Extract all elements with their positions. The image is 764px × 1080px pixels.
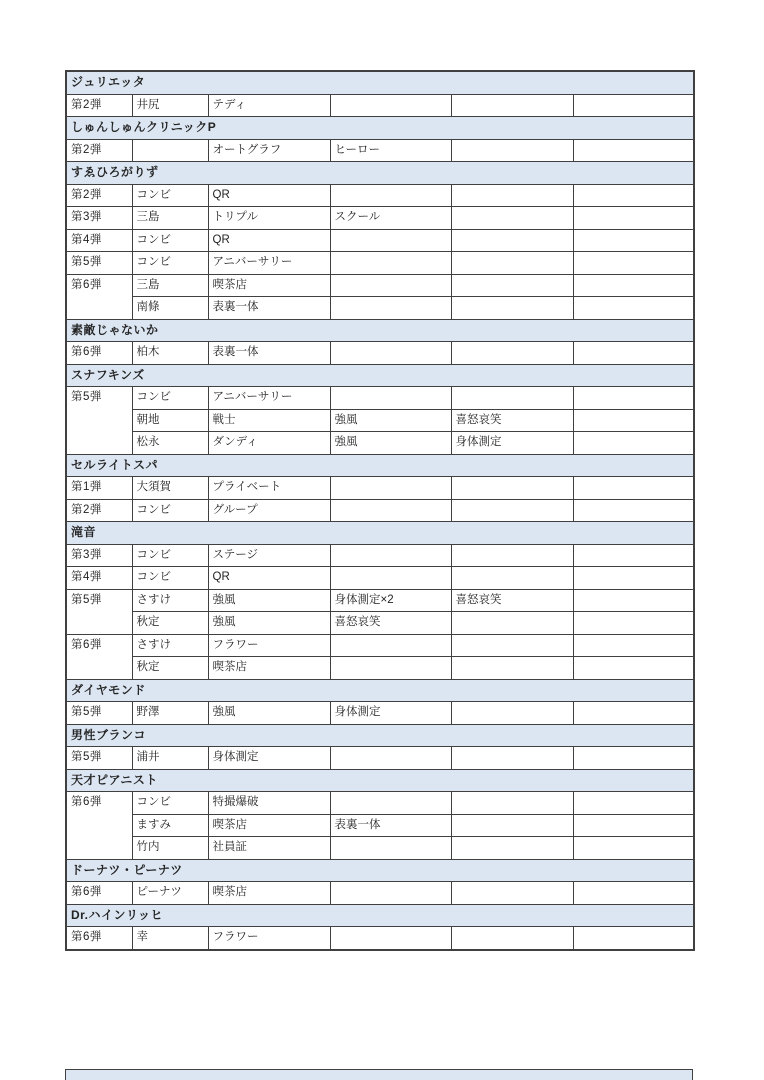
table-row: 第6弾幸フラワー xyxy=(66,927,694,950)
dan-cell: 第6弾 xyxy=(66,792,132,860)
table-row: 第6弾三島喫茶店 xyxy=(66,274,694,297)
section-header-row: ドーナツ・ピーナツ xyxy=(66,859,694,882)
member-cell: 野澤 xyxy=(132,702,208,725)
item-cell xyxy=(330,274,451,297)
dan-cell: 第2弾 xyxy=(66,139,132,162)
item-cell xyxy=(573,882,694,905)
member-cell: 竹内 xyxy=(132,837,208,860)
section-header-row: スナフキンズ xyxy=(66,364,694,387)
item-cell xyxy=(573,252,694,275)
table-row: 南條表裏一体 xyxy=(66,297,694,320)
member-cell: コンビ xyxy=(132,567,208,590)
member-cell: ピーナツ xyxy=(132,882,208,905)
item-cell: 強風 xyxy=(330,409,451,432)
table-row: 松永ダンディ強風身体測定 xyxy=(66,432,694,455)
member-cell: 三島 xyxy=(132,207,208,230)
member-cell: 南條 xyxy=(132,297,208,320)
table-row: ますみ喫茶店表裏一体 xyxy=(66,814,694,837)
dan-cell: 第6弾 xyxy=(66,274,132,319)
item-cell: 喜怒哀笑 xyxy=(330,612,451,635)
cutoff-section-header-bar xyxy=(65,1069,693,1080)
item-cell: 表裏一体 xyxy=(208,297,330,320)
table-row: 秋定強風喜怒哀笑 xyxy=(66,612,694,635)
member-cell xyxy=(132,139,208,162)
item-cell: QR xyxy=(208,184,330,207)
table-row: 第5弾野澤強風身体測定 xyxy=(66,702,694,725)
item-cell: 喫茶店 xyxy=(208,882,330,905)
item-cell: 強風 xyxy=(208,702,330,725)
section-header-row: 男性ブランコ xyxy=(66,724,694,747)
item-cell: 強風 xyxy=(208,612,330,635)
dan-cell: 第2弾 xyxy=(66,94,132,117)
item-cell: QR xyxy=(208,567,330,590)
dan-cell: 第5弾 xyxy=(66,387,132,455)
member-cell: コンビ xyxy=(132,229,208,252)
section-title: 男性ブランコ xyxy=(66,724,694,747)
item-cell xyxy=(573,589,694,612)
section-header-row: ダイヤモンド xyxy=(66,679,694,702)
item-cell: ダンディ xyxy=(208,432,330,455)
item-cell: オートグラフ xyxy=(208,139,330,162)
item-cell xyxy=(573,634,694,657)
section-title: 天才ピアニスト xyxy=(66,769,694,792)
member-cell: 松永 xyxy=(132,432,208,455)
item-cell: 喜怒哀笑 xyxy=(451,589,573,612)
item-cell: ステージ xyxy=(208,544,330,567)
item-cell xyxy=(573,612,694,635)
table-row: 第6弾さすけフラワー xyxy=(66,634,694,657)
dan-cell: 第6弾 xyxy=(66,927,132,950)
section-title: Dr.ハインリッヒ xyxy=(66,904,694,927)
item-cell xyxy=(573,297,694,320)
item-cell: スクール xyxy=(330,207,451,230)
section-title: ダイヤモンド xyxy=(66,679,694,702)
item-cell xyxy=(330,634,451,657)
item-cell xyxy=(451,814,573,837)
section-title: すゑひろがりず xyxy=(66,162,694,185)
item-cell xyxy=(451,702,573,725)
item-cell xyxy=(451,927,573,950)
item-cell: 戦士 xyxy=(208,409,330,432)
item-cell xyxy=(451,634,573,657)
item-cell xyxy=(330,747,451,770)
item-cell xyxy=(451,544,573,567)
item-cell xyxy=(573,747,694,770)
item-cell xyxy=(573,927,694,950)
table-row: 第5弾浦井身体測定 xyxy=(66,747,694,770)
member-cell: 秋定 xyxy=(132,657,208,680)
item-cell xyxy=(451,657,573,680)
member-cell: さすけ xyxy=(132,589,208,612)
dan-cell: 第3弾 xyxy=(66,207,132,230)
item-cell: 身体測定 xyxy=(208,747,330,770)
item-cell xyxy=(330,927,451,950)
member-cell: 柏木 xyxy=(132,342,208,365)
table-row: 朝地戦士強風喜怒哀笑 xyxy=(66,409,694,432)
item-cell: アニバーサリー xyxy=(208,387,330,410)
item-cell: 身体測定 xyxy=(451,432,573,455)
item-cell xyxy=(330,477,451,500)
member-cell: ますみ xyxy=(132,814,208,837)
item-cell xyxy=(330,94,451,117)
member-cell: 幸 xyxy=(132,927,208,950)
item-cell xyxy=(573,657,694,680)
item-cell: トリプル xyxy=(208,207,330,230)
item-cell xyxy=(573,342,694,365)
item-cell xyxy=(451,139,573,162)
item-cell xyxy=(330,499,451,522)
section-header-row: 素敵じゃないか xyxy=(66,319,694,342)
table-row: 秋定喫茶店 xyxy=(66,657,694,680)
dan-cell: 第4弾 xyxy=(66,229,132,252)
item-cell xyxy=(573,477,694,500)
item-cell: 喫茶店 xyxy=(208,657,330,680)
item-cell xyxy=(451,747,573,770)
item-cell xyxy=(573,792,694,815)
section-header-row: セルライトスパ xyxy=(66,454,694,477)
section-header-row: ジュリエッタ xyxy=(66,71,694,94)
member-cell: 秋定 xyxy=(132,612,208,635)
member-cell: さすけ xyxy=(132,634,208,657)
item-cell xyxy=(451,184,573,207)
item-cell xyxy=(330,229,451,252)
item-cell xyxy=(330,657,451,680)
section-title: 滝音 xyxy=(66,522,694,545)
table-row: 第5弾コンビアニバーサリー xyxy=(66,252,694,275)
item-cell xyxy=(330,792,451,815)
table-row: 第6弾コンビ特撮爆破 xyxy=(66,792,694,815)
member-cell: 井尻 xyxy=(132,94,208,117)
item-cell xyxy=(573,814,694,837)
item-cell xyxy=(573,567,694,590)
item-cell xyxy=(330,567,451,590)
item-cell: グループ xyxy=(208,499,330,522)
page: ジュリエッタ第2弾井尻テディしゅんしゅんクリニックP第2弾オートグラフヒーローす… xyxy=(0,0,764,1080)
member-cell: コンビ xyxy=(132,252,208,275)
item-cell xyxy=(573,544,694,567)
item-cell xyxy=(330,342,451,365)
item-cell xyxy=(573,387,694,410)
item-cell xyxy=(451,837,573,860)
item-cell xyxy=(451,477,573,500)
item-cell: 喫茶店 xyxy=(208,814,330,837)
item-cell xyxy=(451,499,573,522)
section-title: ドーナツ・ピーナツ xyxy=(66,859,694,882)
table-row: 第4弾コンビQR xyxy=(66,567,694,590)
table-row: 第1弾大須賀プライベート xyxy=(66,477,694,500)
item-cell: アニバーサリー xyxy=(208,252,330,275)
item-cell xyxy=(451,387,573,410)
item-cell: 表裏一体 xyxy=(330,814,451,837)
item-cell: プライベート xyxy=(208,477,330,500)
table-row: 第5弾コンビアニバーサリー xyxy=(66,387,694,410)
section-title: セルライトスパ xyxy=(66,454,694,477)
item-cell xyxy=(573,139,694,162)
member-cell: 三島 xyxy=(132,274,208,297)
item-cell: 社員証 xyxy=(208,837,330,860)
item-cell xyxy=(573,837,694,860)
item-cell xyxy=(451,94,573,117)
item-cell: 喫茶店 xyxy=(208,274,330,297)
item-cell xyxy=(573,274,694,297)
item-cell: 身体測定×2 xyxy=(330,589,451,612)
dan-cell: 第5弾 xyxy=(66,747,132,770)
item-cell xyxy=(573,94,694,117)
item-cell xyxy=(451,792,573,815)
item-cell: 特撮爆破 xyxy=(208,792,330,815)
section-title: スナフキンズ xyxy=(66,364,694,387)
item-cell xyxy=(451,252,573,275)
member-cell: コンビ xyxy=(132,544,208,567)
item-cell xyxy=(573,184,694,207)
table-row: 第4弾コンビQR xyxy=(66,229,694,252)
item-cell: 喜怒哀笑 xyxy=(451,409,573,432)
item-cell xyxy=(573,229,694,252)
section-title: しゅんしゅんクリニックP xyxy=(66,117,694,140)
item-cell: 表裏一体 xyxy=(208,342,330,365)
section-header-row: しゅんしゅんクリニックP xyxy=(66,117,694,140)
item-cell xyxy=(573,499,694,522)
table-row: 第2弾オートグラフヒーロー xyxy=(66,139,694,162)
item-cell xyxy=(330,387,451,410)
dan-cell: 第1弾 xyxy=(66,477,132,500)
item-cell: テディ xyxy=(208,94,330,117)
dan-cell: 第3弾 xyxy=(66,544,132,567)
member-cell: コンビ xyxy=(132,499,208,522)
dan-cell: 第6弾 xyxy=(66,634,132,679)
member-cell: 浦井 xyxy=(132,747,208,770)
item-cell: フラワー xyxy=(208,634,330,657)
item-cell xyxy=(573,409,694,432)
dan-cell: 第6弾 xyxy=(66,882,132,905)
dan-cell: 第5弾 xyxy=(66,252,132,275)
table-row: 第2弾井尻テディ xyxy=(66,94,694,117)
table-row: 第3弾三島トリプルスクール xyxy=(66,207,694,230)
item-cell xyxy=(451,612,573,635)
dan-cell: 第5弾 xyxy=(66,589,132,634)
member-cell: 大須賀 xyxy=(132,477,208,500)
item-cell xyxy=(451,342,573,365)
item-cell xyxy=(330,297,451,320)
dan-cell: 第4弾 xyxy=(66,567,132,590)
table-body: ジュリエッタ第2弾井尻テディしゅんしゅんクリニックP第2弾オートグラフヒーローす… xyxy=(66,71,694,950)
dan-cell: 第5弾 xyxy=(66,702,132,725)
member-cell: コンビ xyxy=(132,387,208,410)
table-row: 竹内社員証 xyxy=(66,837,694,860)
table-row: 第2弾コンビグループ xyxy=(66,499,694,522)
item-cell xyxy=(451,297,573,320)
item-cell xyxy=(451,882,573,905)
section-title: 素敵じゃないか xyxy=(66,319,694,342)
table-row: 第6弾柏木表裏一体 xyxy=(66,342,694,365)
item-cell xyxy=(451,207,573,230)
item-cell xyxy=(330,837,451,860)
item-cell xyxy=(573,207,694,230)
dan-cell: 第2弾 xyxy=(66,499,132,522)
item-cell xyxy=(451,274,573,297)
member-cell: 朝地 xyxy=(132,409,208,432)
data-table: ジュリエッタ第2弾井尻テディしゅんしゅんクリニックP第2弾オートグラフヒーローす… xyxy=(65,70,695,951)
item-cell: 身体測定 xyxy=(330,702,451,725)
section-title: ジュリエッタ xyxy=(66,71,694,94)
item-cell xyxy=(330,252,451,275)
item-cell xyxy=(451,229,573,252)
section-header-row: 天才ピアニスト xyxy=(66,769,694,792)
item-cell: QR xyxy=(208,229,330,252)
item-cell: ヒーロー xyxy=(330,139,451,162)
item-cell: 強風 xyxy=(330,432,451,455)
item-cell: 強風 xyxy=(208,589,330,612)
member-cell: コンビ xyxy=(132,184,208,207)
member-cell: コンビ xyxy=(132,792,208,815)
table-row: 第3弾コンビステージ xyxy=(66,544,694,567)
section-header-row: 滝音 xyxy=(66,522,694,545)
item-cell xyxy=(330,544,451,567)
item-cell xyxy=(330,184,451,207)
section-header-row: すゑひろがりず xyxy=(66,162,694,185)
table-row: 第5弾さすけ強風身体測定×2喜怒哀笑 xyxy=(66,589,694,612)
item-cell xyxy=(330,882,451,905)
dan-cell: 第2弾 xyxy=(66,184,132,207)
item-cell xyxy=(573,702,694,725)
dan-cell: 第6弾 xyxy=(66,342,132,365)
table-row: 第6弾ピーナツ喫茶店 xyxy=(66,882,694,905)
item-cell xyxy=(573,432,694,455)
table-row: 第2弾コンビQR xyxy=(66,184,694,207)
section-header-row: Dr.ハインリッヒ xyxy=(66,904,694,927)
item-cell xyxy=(451,567,573,590)
item-cell: フラワー xyxy=(208,927,330,950)
